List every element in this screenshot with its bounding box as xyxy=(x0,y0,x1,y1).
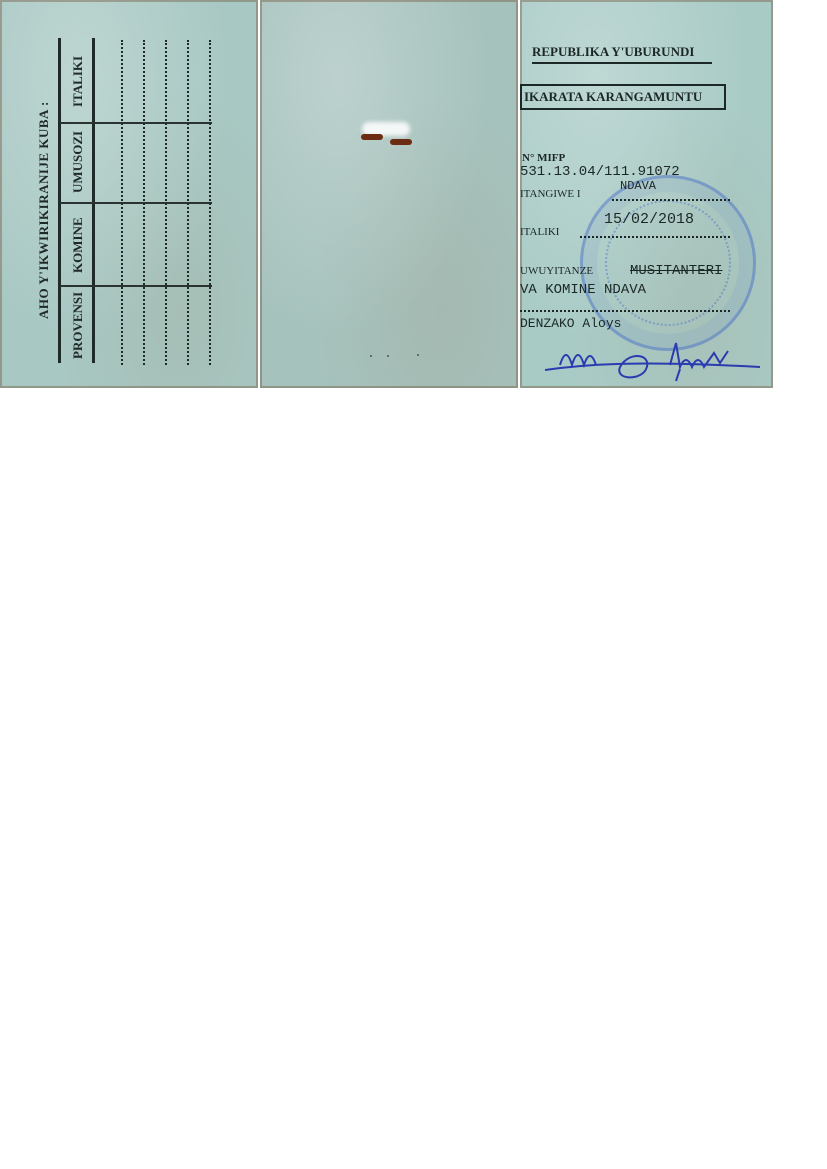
date-value: 15/02/2018 xyxy=(604,211,694,228)
column-header-italiki: ITALIKI xyxy=(70,42,90,120)
table-row-line xyxy=(143,40,145,365)
issuer-line xyxy=(520,310,730,312)
country-title: REPUBLIKA Y'UBURUNDI xyxy=(532,44,712,64)
staple-mark-icon xyxy=(390,139,412,145)
table-row-line xyxy=(165,40,167,365)
speck xyxy=(417,354,419,356)
table-row-line xyxy=(187,40,189,365)
issuer-title-value: MUSITANTERI xyxy=(630,263,722,279)
staple-mark-icon xyxy=(361,134,383,140)
column-header-umusozi: UMUSOZI xyxy=(70,122,90,202)
date-label: ITALIKI xyxy=(520,226,559,238)
issuer-label: UWUYITANZE xyxy=(520,265,593,277)
number-value: 531.13.04/111.91072 xyxy=(520,164,680,180)
date-line xyxy=(580,236,730,238)
residence-table-title: AHO Y'IKWIRIKIRANIJE KUBA : xyxy=(36,70,52,350)
number-label: N° MIFP xyxy=(522,152,565,164)
speck xyxy=(370,355,372,357)
column-header-provensi: PROVENSI xyxy=(70,290,90,360)
card-title: IKARATA KARANGAMUNTU xyxy=(520,84,726,110)
speck xyxy=(387,355,389,357)
table-divider xyxy=(60,122,212,124)
issued-at-line xyxy=(612,199,730,201)
table-row-line xyxy=(209,40,211,365)
table-divider xyxy=(60,285,212,287)
card-panel-middle xyxy=(260,0,518,388)
issuer-name: DENZAKO Aloys xyxy=(520,316,621,331)
issued-at-label: ITANGIWE I xyxy=(520,188,581,200)
table-border xyxy=(58,38,61,363)
column-header-komine: KOMINE xyxy=(70,205,90,285)
signature-icon xyxy=(540,335,765,385)
id-card-scan: AHO Y'IKWIRIKIRANIJE KUBA : PROVENSI KOM… xyxy=(0,0,775,392)
issued-at-value: NDAVA xyxy=(620,179,656,193)
table-row-line xyxy=(121,40,123,365)
table-border xyxy=(92,38,95,363)
table-divider xyxy=(60,202,212,204)
issuer-commune: VA KOMINE NDAVA xyxy=(520,282,646,298)
